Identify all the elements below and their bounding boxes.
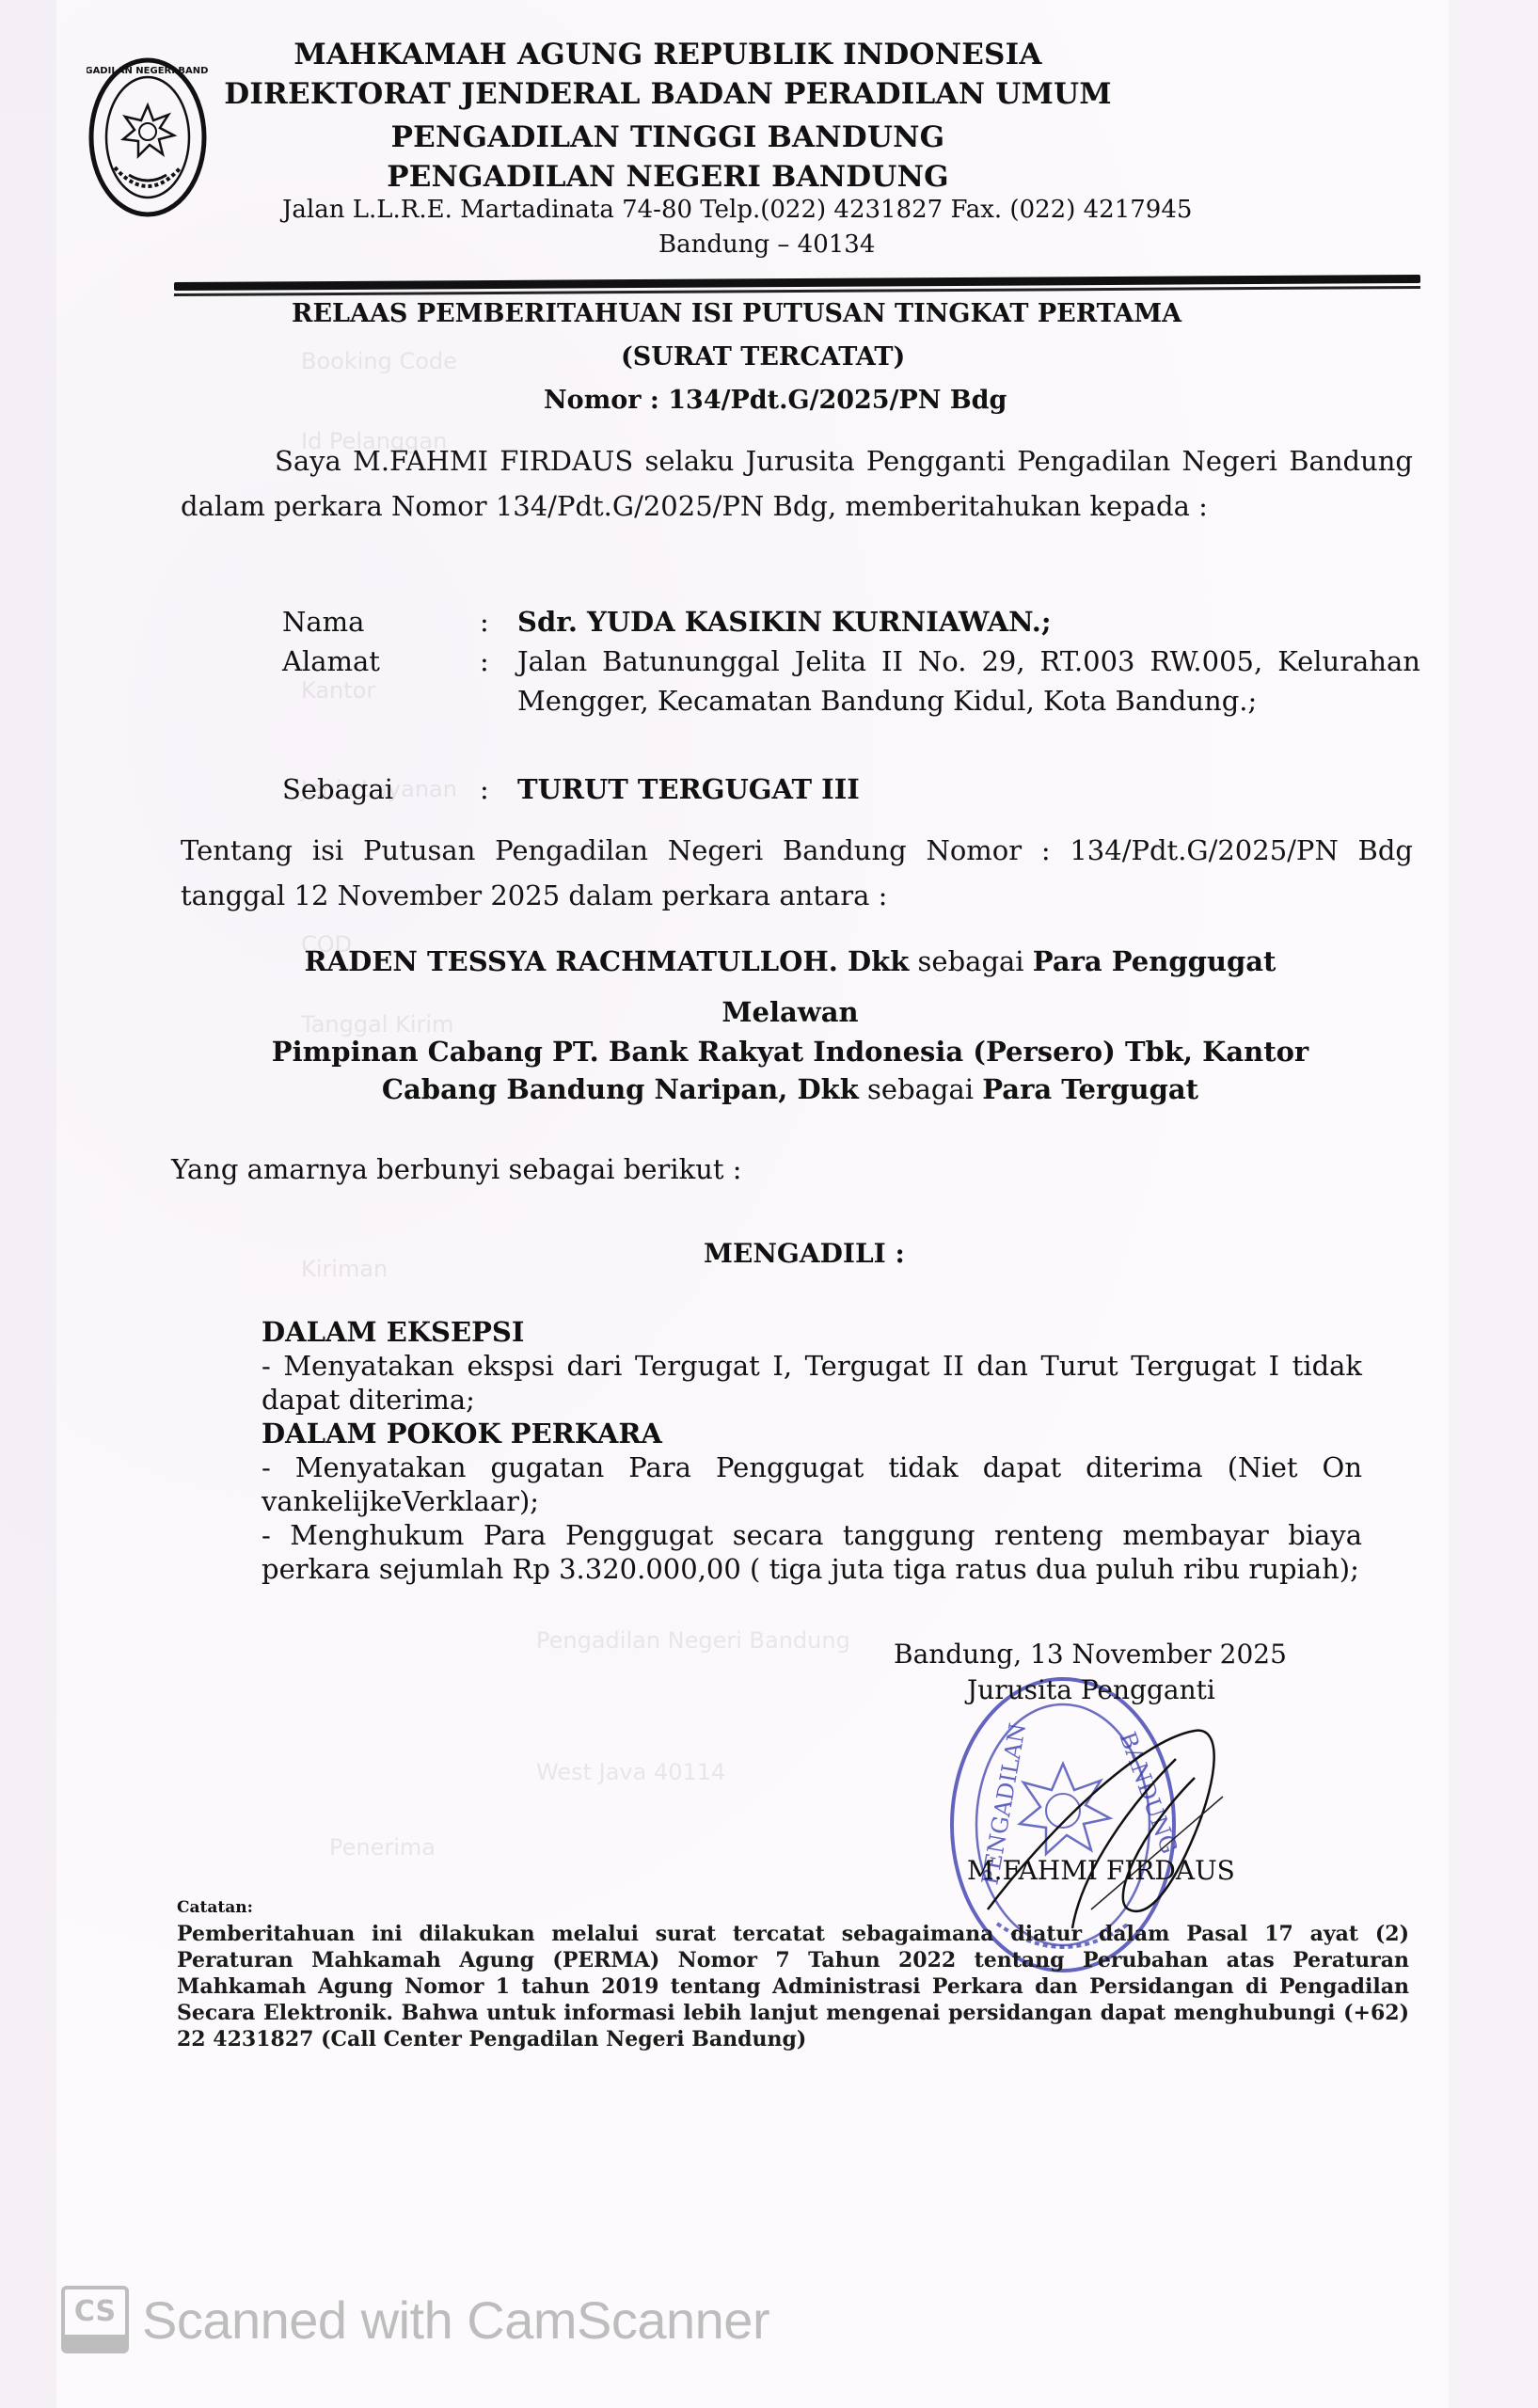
letterhead-line-2: DIREKTORAT JENDERAL BADAN PERADILAN UMUM <box>151 77 1185 111</box>
camscanner-watermark: CS Scanned with CamScanner <box>61 2286 769 2353</box>
pokok-perkara-item: - Menyatakan gugatan Para Penggugat tida… <box>262 1450 1362 1518</box>
document-number: Nomor : 134/Pdt.G/2025/PN Bdg <box>544 386 1007 415</box>
recipient-address-row: Alamat : Jalan Batununggal Jelita II No.… <box>282 642 1420 721</box>
eksepsi-heading: DALAM EKSEPSI <box>262 1315 1362 1349</box>
defendant-as: sebagai <box>859 1073 982 1105</box>
recipient-name-label: Nama <box>282 602 480 642</box>
bleed-through-text: West Java 40114 <box>536 1759 725 1785</box>
letterhead-address: Jalan L.L.R.E. Martadinata 74-80 Telp.(0… <box>282 196 1317 224</box>
plaintiff-role: Para Penggugat <box>1033 945 1276 977</box>
recipient-name-row: Nama : Sdr. YUDA KASIKIN KURNIAWAN.; <box>282 602 1458 642</box>
plaintiff-name: RADEN TESSYA RACHMATULLOH. Dkk <box>305 945 910 977</box>
pokok-perkara-item: - Menghukum Para Penggugat secara tanggu… <box>262 1518 1362 1586</box>
bleed-through-text: Penerima <box>329 1834 436 1861</box>
colon: : <box>480 769 517 809</box>
letterhead-line-3: PENGADILAN TINGGI BANDUNG <box>151 120 1185 154</box>
recipient-name-value: Sdr. YUDA KASIKIN KURNIAWAN.; <box>517 602 1458 642</box>
bleed-through-text: Booking Code <box>301 348 457 374</box>
camscanner-logo-icon: CS <box>61 2286 129 2353</box>
note-text: Pemberitahuan ini dilakukan melalui sura… <box>177 1921 1409 2052</box>
letterhead-city: Bandung – 40134 <box>658 230 875 259</box>
colon: : <box>480 602 517 642</box>
defendant-name-1: Pimpinan Cabang PT. Bank Rakyat Indonesi… <box>272 1036 1308 1068</box>
signature-icon <box>969 1721 1232 1938</box>
letterhead-line-4: PENGADILAN NEGERI BANDUNG <box>151 160 1185 194</box>
verdict-eksepsi: DALAM EKSEPSI - Menyatakan ekspsi dari T… <box>262 1315 1362 1586</box>
camscanner-text: Scanned with CamScanner <box>142 2289 769 2351</box>
bleed-through-text: Kiriman <box>301 1256 388 1282</box>
pokok-perkara-heading: DALAM POKOK PERKARA <box>262 1417 1362 1450</box>
defendant-name-2: Cabang Bandung Naripan, Dkk <box>382 1073 859 1105</box>
amar-intro: Yang amarnya berbunyi sebagai berikut : <box>171 1153 742 1185</box>
colon: : <box>480 642 517 721</box>
defendant-line-2: Cabang Bandung Naripan, Dkk sebagai Para… <box>179 1067 1402 1112</box>
bleed-through-text: Pengadilan Negeri Bandung <box>536 1627 850 1654</box>
document-subtitle: (SURAT TERCATAT) <box>621 342 905 372</box>
tentang-paragraph: Tentang isi Putusan Pengadilan Negeri Ba… <box>181 828 1413 918</box>
mengadili-heading: MENGADILI : <box>704 1238 905 1269</box>
eksepsi-item: - Menyatakan ekspsi dari Tergugat I, Ter… <box>262 1349 1362 1417</box>
recipient-role-value: TURUT TERGUGAT III <box>517 769 1458 809</box>
versus-label: Melawan <box>179 990 1402 1035</box>
note-label: Catatan: <box>177 1898 253 1917</box>
sign-role: Jurusita Pengganti <box>967 1674 1215 1705</box>
recipient-address-label: Alamat <box>282 642 480 721</box>
document-title: RELAAS PEMBERITAHUAN ISI PUTUSAN TINGKAT… <box>292 299 1181 328</box>
recipient-role-label: Sebagai <box>282 769 480 809</box>
letterhead-line-1: MAHKAMAH AGUNG REPUBLIK INDONESIA <box>151 38 1185 71</box>
plaintiff-as: sebagai <box>909 945 1032 977</box>
recipient-address-value: Jalan Batununggal Jelita II No. 29, RT.0… <box>517 642 1420 721</box>
sign-name: M.FAHMI FIRDAUS <box>967 1855 1235 1886</box>
plaintiff-line: RADEN TESSYA RACHMATULLOH. Dkk sebagai P… <box>179 939 1402 984</box>
camscanner-badge-text: CS <box>74 2295 116 2328</box>
intro-paragraph: Saya M.FAHMI FIRDAUS selaku Jurusita Pen… <box>181 438 1413 529</box>
defendant-role: Para Tergugat <box>982 1073 1198 1105</box>
recipient-role-row: Sebagai : TURUT TERGUGAT III <box>282 769 1458 809</box>
sign-place-date: Bandung, 13 November 2025 <box>894 1639 1287 1670</box>
